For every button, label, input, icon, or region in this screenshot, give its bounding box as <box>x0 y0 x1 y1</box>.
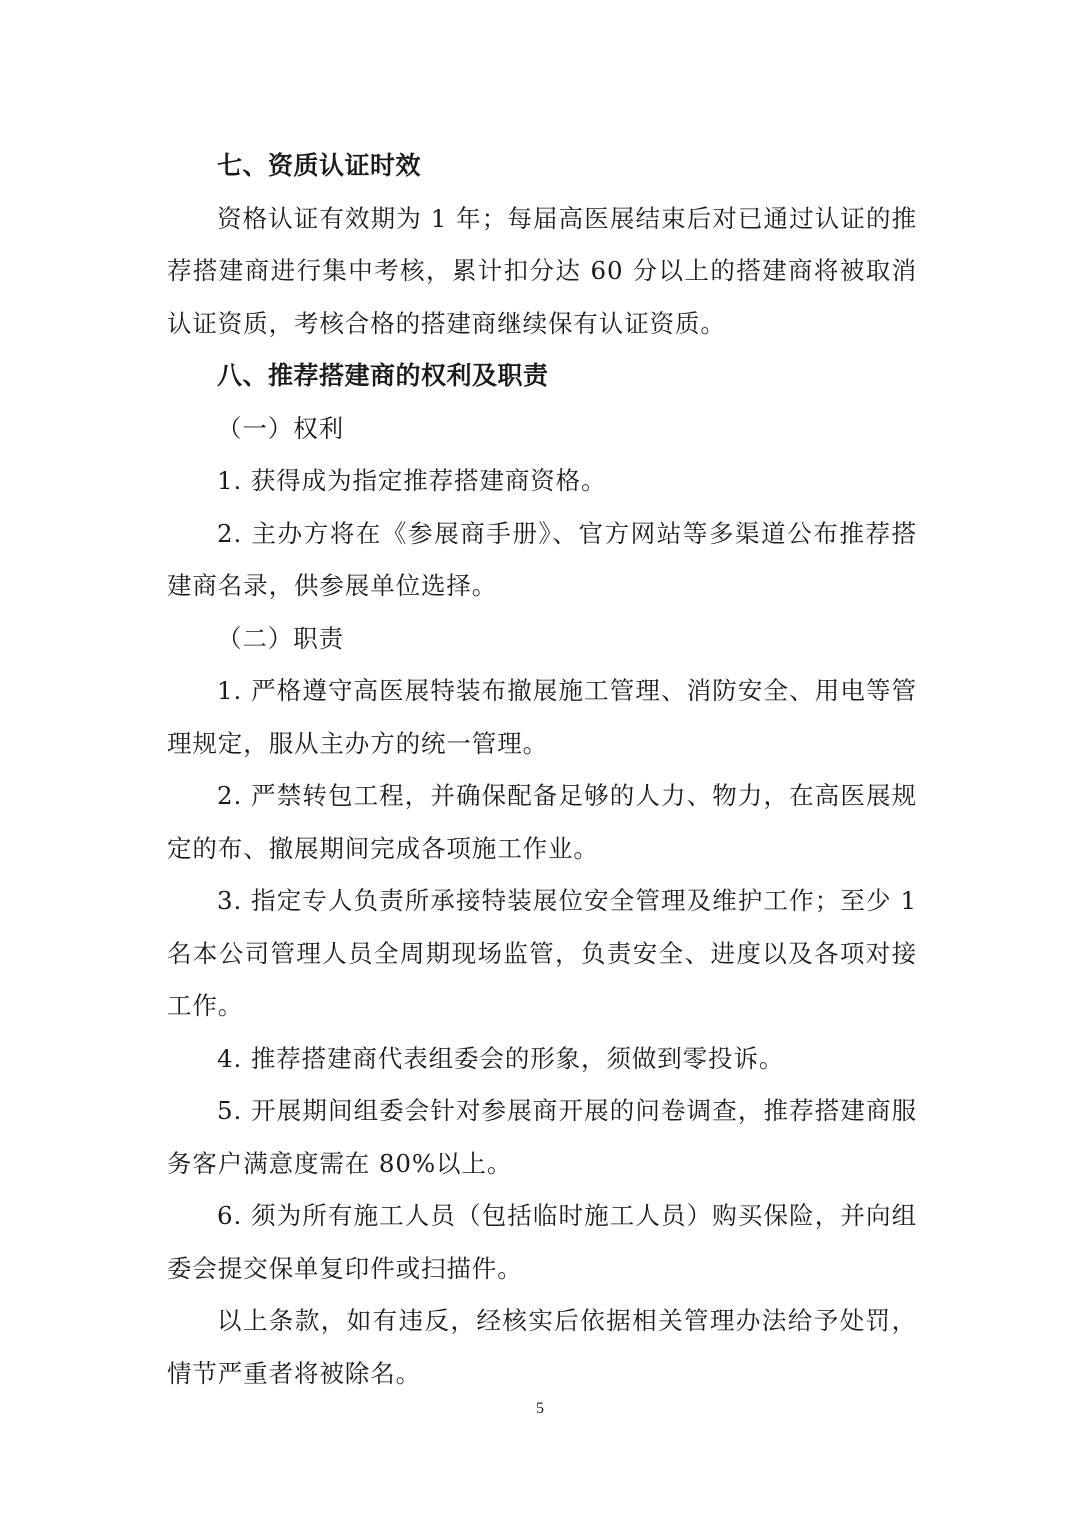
section-heading-7: 七、资质认证时效 <box>167 140 917 193</box>
rights-item-1: 1. 获得成为指定推荐搭建商资格。 <box>167 455 917 508</box>
subsection-title-duties: （二）职责 <box>167 613 917 666</box>
duties-item-3: 3. 指定专人负责所承接特装展位安全管理及维护工作；至少 1 名本公司管理人员全… <box>167 875 917 1033</box>
section-heading-8: 八、推荐搭建商的权利及职责 <box>167 350 917 403</box>
duties-item-1: 1. 严格遵守高医展特装布撤展施工管理、消防安全、用电等管理规定，服从主办方的统… <box>167 665 917 770</box>
duties-item-4: 4. 推荐搭建商代表组委会的形象，须做到零投诉。 <box>167 1033 917 1086</box>
paragraph-certification-validity: 资格认证有效期为 1 年；每届高医展结束后对已通过认证的推荐搭建商进行集中考核，… <box>167 193 917 351</box>
rights-item-2: 2. 主办方将在《参展商手册》、官方网站等多渠道公布推荐搭建商名录，供参展单位选… <box>167 508 917 613</box>
closing-paragraph: 以上条款，如有违反，经核实后依据相关管理办法给予处罚，情节严重者将被除名。 <box>167 1295 917 1400</box>
duties-item-2: 2. 严禁转包工程，并确保配备足够的人力、物力，在高医展规定的布、撤展期间完成各… <box>167 770 917 875</box>
page-number: 5 <box>0 1400 1080 1418</box>
duties-item-5: 5. 开展期间组委会针对参展商开展的问卷调查，推荐搭建商服务客户满意度需在 80… <box>167 1085 917 1190</box>
document-page: 七、资质认证时效 资格认证有效期为 1 年；每届高医展结束后对已通过认证的推荐搭… <box>167 140 917 1400</box>
subsection-title-rights: （一）权利 <box>167 403 917 456</box>
duties-item-6: 6. 须为所有施工人员（包括临时施工人员）购买保险，并向组委会提交保单复印件或扫… <box>167 1190 917 1295</box>
